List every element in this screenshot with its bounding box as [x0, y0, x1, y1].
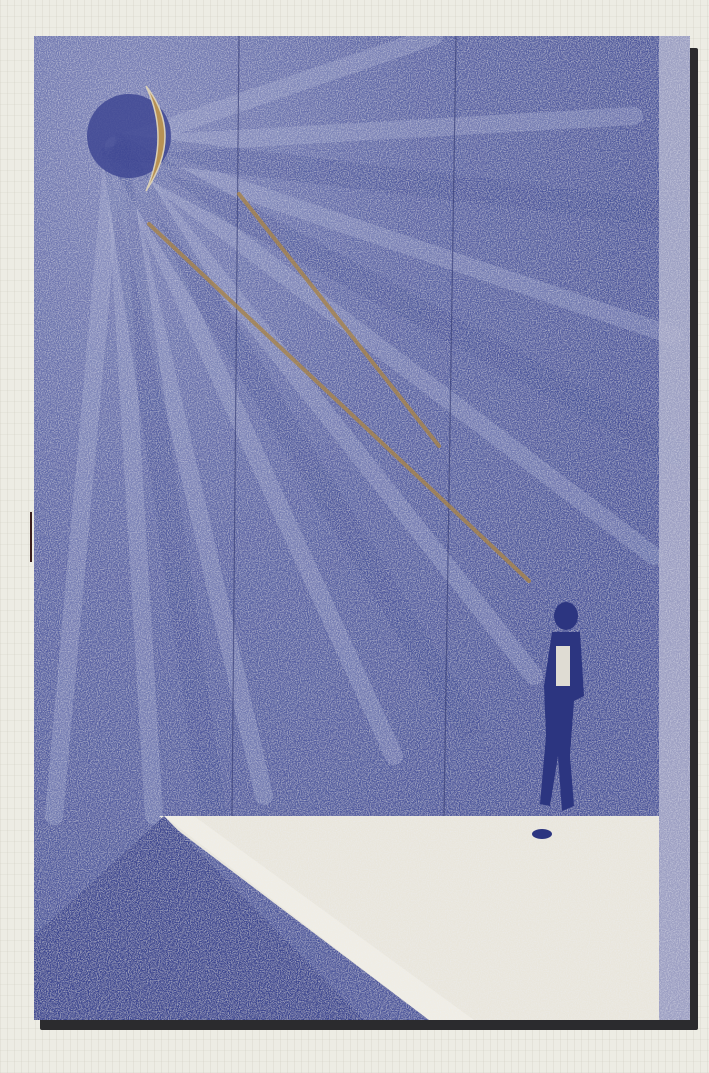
right-edge-band	[659, 36, 690, 1020]
artwork	[34, 36, 690, 1020]
booklet-cover	[34, 36, 690, 1020]
staple-mark	[30, 512, 32, 562]
